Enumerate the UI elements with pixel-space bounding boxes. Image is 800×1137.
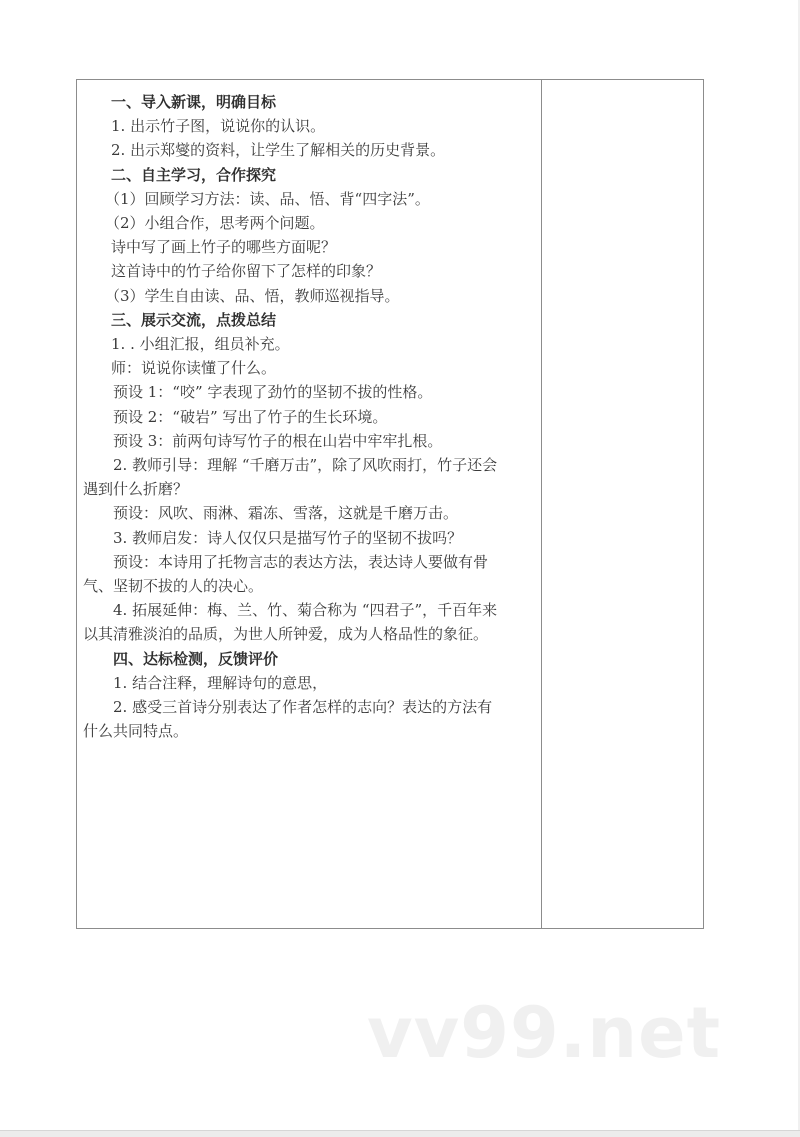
section-3-line-10: 预设：本诗用了托物言志的表达方法，表达诗人要做有骨 [83, 550, 529, 574]
section-2-line-5: （3）学生自由读、品、悟，教师巡视指导。 [83, 284, 529, 308]
section-3-line-2: 师：说说你读懂了什么。 [83, 356, 529, 380]
section-1-line-2: 2. 出示郑燮的资料，让学生了解相关的历史背景。 [83, 138, 529, 162]
section-3-line-1: 1. . 小组汇报，组员补充。 [83, 332, 529, 356]
section-3-line-3: 预设 1：“咬” 字表现了劲竹的坚韧不拔的性格。 [83, 380, 529, 404]
section-4-line-1: 1. 结合注释，理解诗句的意思， [83, 671, 529, 695]
watermark: vv99.net [367, 998, 721, 1068]
section-heading-3: 三、展示交流，点拨总结 [83, 308, 529, 332]
section-4-line-2: 2. 感受三首诗分别表达了作者怎样的志向？表达的方法有 [83, 695, 529, 719]
section-2-line-1: （1）回顾学习方法：读、品、悟、背“四字法”。 [83, 187, 529, 211]
notes-cell [541, 80, 704, 929]
section-2-line-3: 诗中写了画上竹子的哪些方面呢？ [83, 235, 529, 259]
section-heading-1: 一、导入新课，明确目标 [83, 90, 529, 114]
page-bottom-edge [0, 1130, 800, 1137]
section-3-line-4: 预设 2：“破岩” 写出了竹子的生长环境。 [83, 405, 529, 429]
section-4-line-3: 什么共同特点。 [83, 719, 529, 743]
section-heading-4: 四、达标检测，反馈评价 [83, 647, 529, 671]
section-3-line-7: 遇到什么折磨？ [83, 477, 529, 501]
section-2-line-4: 这首诗中的竹子给你留下了怎样的印象？ [83, 259, 529, 283]
section-1-line-1: 1. 出示竹子图，说说你的认识。 [83, 114, 529, 138]
section-3-line-9: 3. 教师启发：诗人仅仅只是描写竹子的坚韧不拔吗？ [83, 526, 529, 550]
section-heading-2: 二、自主学习，合作探究 [83, 163, 529, 187]
lesson-content-cell: 一、导入新课，明确目标 1. 出示竹子图，说说你的认识。 2. 出示郑燮的资料，… [77, 80, 542, 929]
section-3-line-5: 预设 3：前两句诗写竹子的根在山岩中牢牢扎根。 [83, 429, 529, 453]
lesson-content: 一、导入新课，明确目标 1. 出示竹子图，说说你的认识。 2. 出示郑燮的资料，… [77, 80, 541, 743]
section-3-line-12: 4. 拓展延伸：梅、兰、竹、菊合称为 “四君子”，千百年来 [83, 598, 529, 622]
section-3-line-13: 以其清雅淡泊的品质，为世人所钟爱，成为人格品性的象征。 [83, 622, 529, 646]
section-3-line-6: 2. 教师引导：理解 “千磨万击”，除了风吹雨打，竹子还会 [83, 453, 529, 477]
section-3-line-11: 气、坚韧不拔的人的决心。 [83, 574, 529, 598]
lesson-plan-table: 一、导入新课，明确目标 1. 出示竹子图，说说你的认识。 2. 出示郑燮的资料，… [76, 79, 704, 929]
section-3-line-8: 预设：风吹、雨淋、霜冻、雪落，这就是千磨万击。 [83, 501, 529, 525]
document-page: 一、导入新课，明确目标 1. 出示竹子图，说说你的认识。 2. 出示郑燮的资料，… [0, 0, 800, 1130]
section-2-line-2: （2）小组合作，思考两个问题。 [83, 211, 529, 235]
